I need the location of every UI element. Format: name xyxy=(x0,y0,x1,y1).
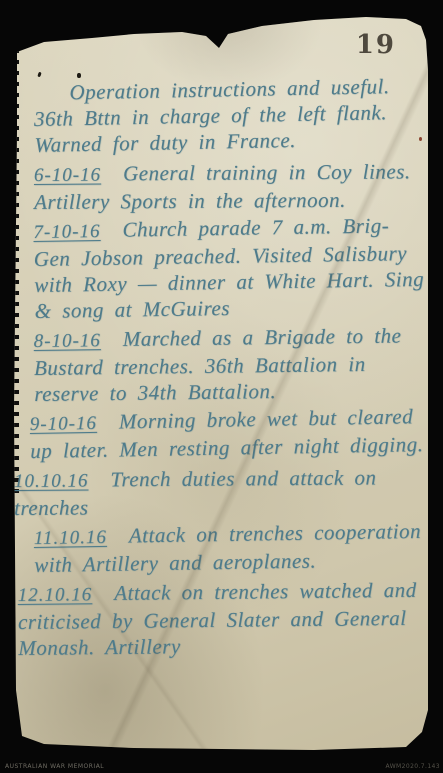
page-number: 19 xyxy=(356,30,396,60)
diary-entry: 12.10.16Attack on trenches watched and c… xyxy=(18,577,427,661)
entry-date: 12.10.16 xyxy=(18,584,93,606)
diary-entries: Operation instructions and useful. 36th … xyxy=(34,80,426,664)
perforation-edge xyxy=(14,38,19,496)
diary-entry: 8-10-16Marched as a Brigade to the Busta… xyxy=(34,322,427,407)
diary-entry: 6-10-16General training in Coy lines. Ar… xyxy=(34,158,426,215)
diary-page: 19 Operation instructions and useful. 36… xyxy=(14,10,428,750)
entry-date: 6-10-16 xyxy=(34,165,101,186)
diary-entry: 10.10.16Trench duties and attack on tren… xyxy=(14,464,426,521)
watermark-reference: AWM2020.7.143 xyxy=(386,763,440,770)
entry-date: 11.10.16 xyxy=(34,527,107,549)
diary-entry: Operation instructions and useful. 36th … xyxy=(33,72,426,158)
entry-date: 8-10-16 xyxy=(34,330,101,352)
ink-speck xyxy=(77,73,81,78)
entry-text: Operation instructions and useful. 36th … xyxy=(34,74,390,157)
entry-date: 10.10.16 xyxy=(14,470,89,492)
diary-entry: 7-10-16Church parade 7 a.m. Brig-Gen Job… xyxy=(33,212,427,324)
watermark-institution: AUSTRALIAN WAR MEMORIAL xyxy=(5,763,104,770)
entry-date: 9-10-16 xyxy=(30,413,98,435)
entry-date: 7-10-16 xyxy=(33,221,100,243)
diary-entry: 9-10-16Morning broke wet but cleared up … xyxy=(30,403,427,464)
ink-speck xyxy=(37,72,42,78)
diary-entry: 11.10.16Attack on trenches cooperation w… xyxy=(34,518,427,578)
scan-frame: 19 Operation instructions and useful. 36… xyxy=(0,0,443,773)
